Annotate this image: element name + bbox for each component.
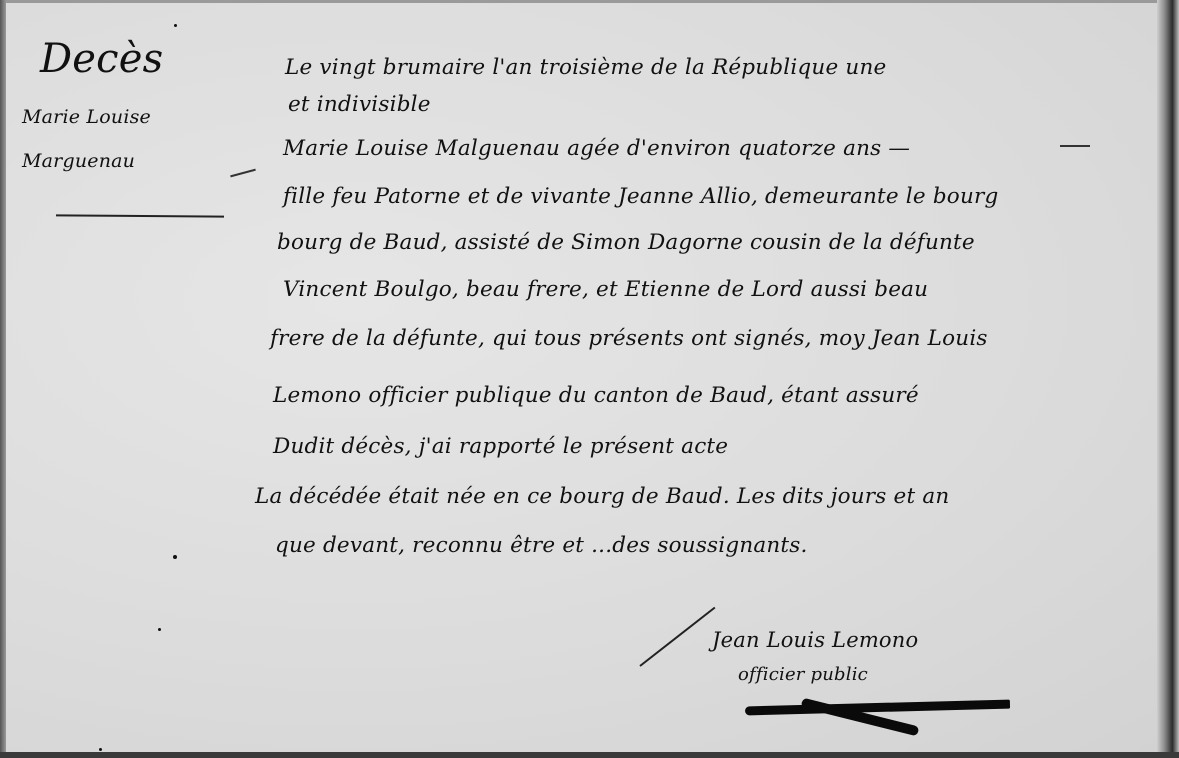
record-line-1: Le vingt brumaire l'an troisième de la R… <box>285 55 886 80</box>
record-line-3: Marie Louise Malguenau agée d'environ qu… <box>283 136 910 161</box>
record-line-6: Vincent Boulgo, beau frere, et Etienne d… <box>283 277 928 302</box>
record-line-4: fille feu Patorne et de vivante Jeanne A… <box>283 184 998 209</box>
record-line-5: bourg de Baud, assisté de Simon Dagorne … <box>277 230 975 255</box>
record-line-10: La décédée était née en ce bourg de Baud… <box>255 484 949 509</box>
margin-name-line1: Marie Louise <box>22 106 151 128</box>
record-line-9: Dudit décès, j'ai rapporté le présent ac… <box>273 434 728 459</box>
signature-lead-stroke <box>639 607 715 667</box>
scanned-record-page: Decès Marie Louise Marguenau Le vingt br… <box>0 0 1179 752</box>
record-line-2: et indivisible <box>288 92 431 117</box>
page-top-edge <box>0 0 1179 3</box>
margin-title-deces: Decès <box>40 36 163 82</box>
page-left-edge <box>0 0 6 752</box>
ink-speck <box>99 748 102 751</box>
signature-flourish <box>745 700 1010 716</box>
signature-title: officier public <box>738 664 868 685</box>
record-line-7: frere de la défunte, qui tous présents o… <box>270 326 988 351</box>
record-line-11: que devant, reconnu être et ...des souss… <box>275 533 808 558</box>
signature-name: Jean Louis Lemono <box>712 628 918 652</box>
margin-name-line2: Marguenau <box>22 150 135 172</box>
record-line-8: Lemono officier publique du canton de Ba… <box>273 383 919 408</box>
scan-bottom-border <box>0 752 1179 758</box>
page-binding-edge <box>1157 0 1179 752</box>
ink-speck <box>158 628 161 631</box>
ink-dash <box>230 169 256 178</box>
ink-speck <box>174 24 177 27</box>
ink-speck <box>173 555 177 559</box>
margin-divider <box>56 214 224 217</box>
ink-dash <box>1060 145 1090 147</box>
